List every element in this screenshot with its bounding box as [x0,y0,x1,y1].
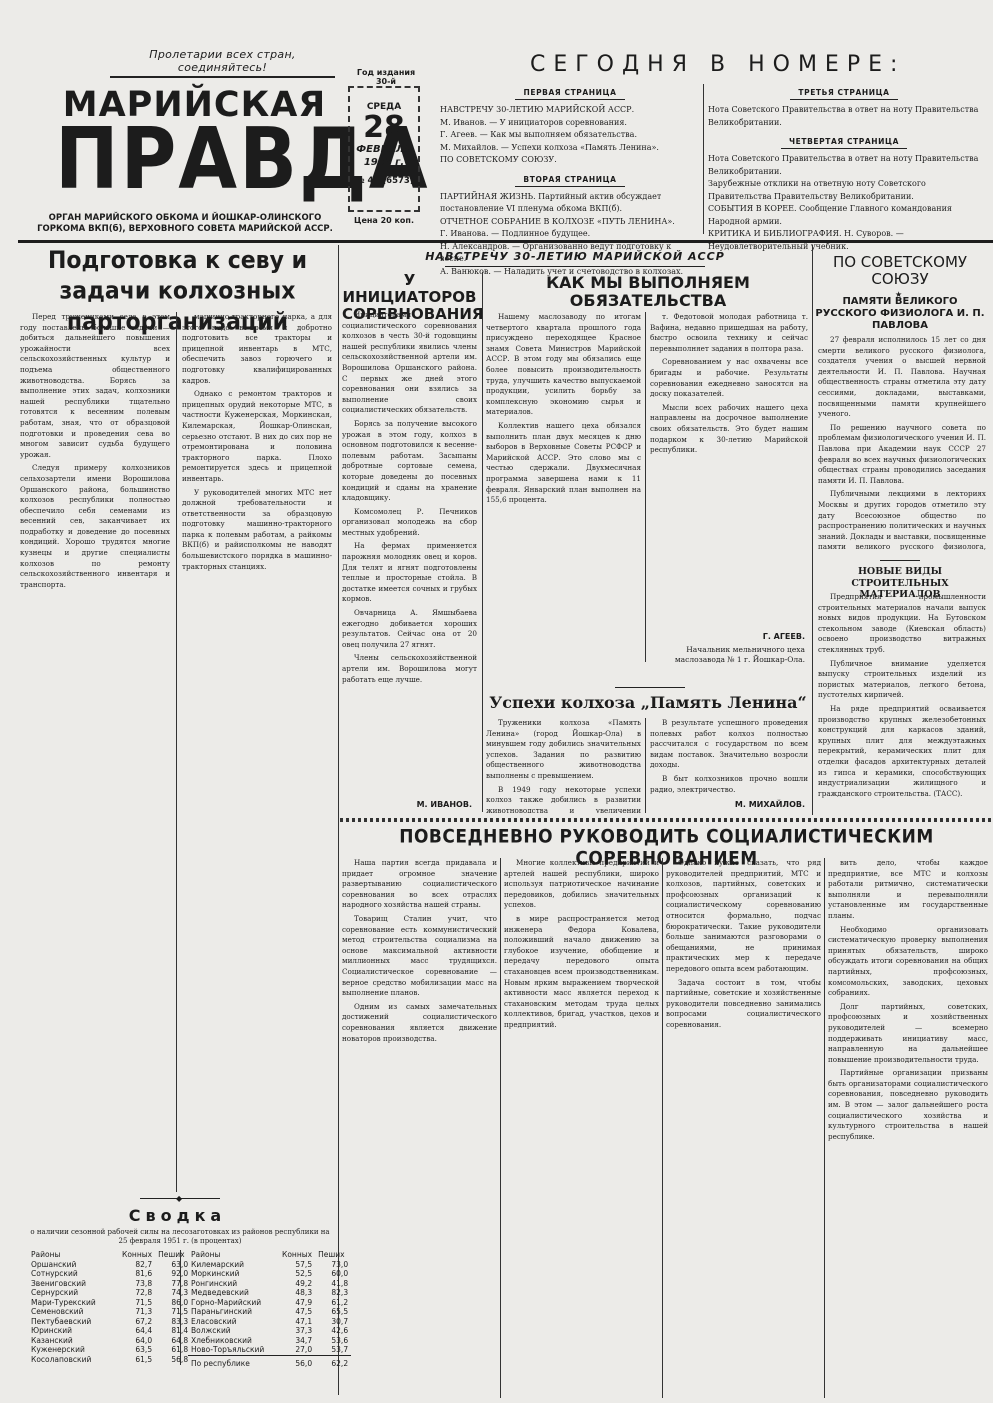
day: 28 [350,112,418,144]
table-cell: 47,1 [279,1317,315,1327]
year-of-publication: Год издания 30-й [350,68,422,86]
divider [645,718,646,813]
divider [662,858,663,1398]
table-row: Хлебниковский34,753,6 [188,1336,351,1346]
diamond-icon: ◆ [176,1194,182,1203]
masthead-title-line2: ПРАВДА [55,115,335,202]
contents-item: М. Михайлов. — Успехи колхоза «Память Ле… [440,142,700,155]
article2-text-col2: т. Федотовой молодая работница т. Вафина… [650,312,808,612]
table-row: Ново-Торъяльский27,053,7 [188,1345,351,1355]
table-cell: 57,5 [279,1260,315,1270]
table-cell: 27,0 [279,1345,315,1355]
paragraph: По решению научного совета по проблемам … [818,423,986,487]
table-cell: 52,5 [279,1269,315,1279]
paragraph: Овчарница А. Ямшыбаева ежегодно добивает… [342,608,477,650]
date-box: СРЕДА 28 ФЕВРАЛЯ 1951 г. № 41 (6573) [348,86,420,212]
table-cell: 71,3 [119,1307,155,1317]
paragraph: машинно-тракторного парка, а для этого н… [182,312,332,386]
table-cell: 63,0 [155,1260,191,1270]
paragraph: Одним из самых замечательных достижений … [342,1002,497,1044]
contents-page-label: ВТОРАЯ СТРАНИЦА [515,175,624,187]
table-cell: 74,3 [155,1288,191,1298]
table-row: Сотнурский81,692,0 [28,1269,191,1279]
table-cell: 64,0 [119,1336,155,1346]
table-cell: 53,7 [315,1345,351,1355]
materials-text: Предприятия промышленности строительных … [818,592,986,814]
paragraph: Мысли всех рабочих нашего цеха направлен… [650,403,808,456]
paragraph: Партийные организации призваны быть орга… [828,1068,988,1142]
svodka-subtitle: о наличии сезонной рабочей силы на лесоз… [30,1228,330,1246]
wavy-rule [340,818,993,822]
table-row: Куженерский63,561,8 [28,1345,191,1355]
table-cell: 71,5 [119,1298,155,1308]
table-cell: Ново-Торъяльский [188,1345,279,1355]
paragraph: Коллектив нашего цеха обязался выполнить… [486,421,641,506]
pavlov-headline: ПАМЯТИ ВЕЛИКОГО РУССКОГО ФИЗИОЛОГА И. П.… [815,296,985,332]
paragraph: На фермах применяется парожняя молодняк … [342,541,477,605]
table-cell: 47,5 [279,1307,315,1317]
table-cell: Сернурский [28,1288,119,1298]
table-cell: 67,2 [119,1317,155,1327]
table-cell: 49,2 [279,1279,315,1289]
paragraph: Задача состоит в том, чтобы партийные, с… [666,978,821,1031]
table-row: Килемарский57,573,0 [188,1260,351,1270]
table-header: Пеших [155,1250,191,1260]
paragraph: Борясь за получение высокого урожая в эт… [342,419,477,504]
divider [824,858,825,1398]
table-cell: Медведевский [188,1288,279,1298]
paragraph: Публичное внимание уделяется выпуску стр… [818,659,986,701]
table-cell: Килемарский [188,1260,279,1270]
table-cell: Параньгинский [188,1307,279,1317]
paragraph: Перед тружениками села в этом году поста… [20,312,170,460]
table-row: Звениговский73,877,8 [28,1279,191,1289]
slogan: Пролетарии всех стран, соединяйтесь! [110,48,335,78]
table-cell: 61,8 [155,1345,191,1355]
table-cell: 37,3 [279,1326,315,1336]
svodka-title: Сводка [20,1206,335,1225]
contents-item: Нота Советского Правительства в ответ на… [708,153,980,178]
table-cell: Ронгинский [188,1279,279,1289]
masthead-organ: ОРГАН МАРИЙСКОГО ОБКОМА И ЙОШКАР-ОЛИНСКО… [35,213,335,235]
contents-page-label: ЧЕТВЕРТАЯ СТРАНИЦА [781,137,907,149]
paragraph: Наша партия всегда придавала и придает о… [342,858,497,911]
paragraph: В результате успешного проведения полевы… [650,718,808,771]
divider [338,245,339,1395]
divider [703,84,704,234]
table-total-row: По республике56,062,2 [188,1355,351,1368]
separator [615,687,685,688]
table-cell: 61,2 [315,1298,351,1308]
divider [645,312,646,662]
table-cell: 62,2 [315,1355,351,1368]
table-row: Медведевский48,382,3 [188,1288,351,1298]
article1-text: Инициаторами социалистического соревнова… [342,310,477,810]
paragraph: Предприятия промышленности строительных … [818,592,986,656]
paragraph: Члены сельскохозяйственной артели им. Во… [342,653,477,685]
contents-item: Нота Советского Правительства в ответ на… [708,104,980,129]
table-cell: Мари-Турекский [28,1298,119,1308]
contents-page1: ПЕРВАЯ СТРАНИЦА НАВСТРЕЧУ 30-ЛЕТИЮ МАРИЙ… [440,80,700,278]
table-cell: Горно-Марийский [188,1298,279,1308]
divider [176,312,177,1192]
table-row: Пектубаевский67,283,3 [28,1317,191,1327]
contents-list: НАВСТРЕЧУ 30-ЛЕТИЮ МАРИЙСКОЙ АССР.М. Ива… [440,104,700,167]
table-cell: 83,3 [155,1317,191,1327]
contents-list: ПАРТИЙНАЯ ЖИЗНЬ. Партийный актив обсужда… [440,191,700,279]
contents-list: Нота Советского Правительства в ответ на… [708,104,980,129]
paragraph: Публичными лекциями в лекториях Москвы и… [818,489,986,550]
divider [482,272,483,812]
table-cell: Сотнурский [28,1269,119,1279]
article2-text-col1: Нашему маслозаводу по итогам четвертого … [486,312,641,662]
table-cell: Оршанский [28,1260,119,1270]
table-row: Волжский37,342,6 [188,1326,351,1336]
article3-text-col1: Труженики колхоза «Память Ленина» (город… [486,718,641,813]
paragraph: Однако нужно сказать, что ряд руководите… [666,858,821,975]
divider [180,1250,181,1365]
price: Цена 20 коп. [348,216,420,225]
paragraph: Необходимо организовать систематическую … [828,925,988,999]
table-header: Районы [188,1250,279,1260]
separator [880,560,920,561]
lead-text-col1: Перед тружениками села в этом году поста… [20,312,170,1192]
contents-item: НАВСТРЕЧУ 30-ЛЕТИЮ МАРИЙСКОЙ АССР. [440,104,700,117]
table-row: Сернурский72,874,3 [28,1288,191,1298]
table-cell: 41,8 [315,1279,351,1289]
table-cell: 53,6 [315,1336,351,1346]
contents-item: ПО СОВЕТСКОМУ СОЮЗУ. [440,154,700,167]
table-cell: Моркинский [188,1269,279,1279]
table-cell: 30,7 [315,1317,351,1327]
paragraph: вить дело, чтобы каждое предприятие, все… [828,858,988,922]
table-cell: 65,5 [315,1307,351,1317]
paragraph: В быт колхозников прочно вошли радио, эл… [650,774,808,795]
table-cell: 81,6 [119,1269,155,1279]
table-cell: Пектубаевский [28,1317,119,1327]
table-cell: 92,0 [155,1269,191,1279]
editorial-col4: вить дело, чтобы каждое предприятие, все… [828,858,988,1398]
contents-page-label: ТРЕТЬЯ СТРАНИЦА [790,88,897,100]
contents-item: ОТЧЕТНОЕ СОБРАНИЕ В КОЛХОЗЕ «ПУТЬ ЛЕНИНА… [440,216,700,229]
table-cell: 82,7 [119,1260,155,1270]
table-cell: 34,7 [279,1336,315,1346]
table-cell: 47,9 [279,1298,315,1308]
divider [812,245,813,815]
contents-item: ПАРТИЙНАЯ ЖИЗНЬ. Партийный актив обсужда… [440,191,700,216]
article3-text-col2: В результате успешного проведения полевы… [650,718,808,798]
table-cell: Семеновский [28,1307,119,1317]
article2-signature-note: Начальник мельничного цеха маслозавода №… [650,645,805,665]
paragraph: У руководителей многих МТС нет должной т… [182,488,332,573]
paragraph: Нашему маслозаводу по итогам четвертого … [486,312,641,418]
table-cell: 73,0 [315,1260,351,1270]
contents-list: Нота Советского Правительства в ответ на… [708,153,980,253]
table-cell: 56,8 [155,1355,191,1365]
table-cell: 64,8 [155,1336,191,1346]
pavlov-text: 27 февраля исполнилось 15 лет со дня сме… [818,335,986,550]
article3-signature: М. МИХАЙЛОВ. [650,800,805,809]
table-row: Моркинский52,560,0 [188,1269,351,1279]
paragraph: т. Федотовой молодая работница т. Вафина… [650,312,808,354]
article2-headline: КАК МЫ ВЫПОЛНЯЕМ ОБЯЗАТЕЛЬСТВА [486,274,810,310]
table-row: Семеновский71,371,5 [28,1307,191,1317]
year: 1951 г. [350,157,418,168]
paragraph: Инициаторами социалистического соревнова… [342,310,477,416]
table-cell: 56,0 [279,1355,315,1368]
table-row: Косолаповский61,556,8 [28,1355,191,1365]
editorial-col3: Однако нужно сказать, что ряд руководите… [666,858,821,1398]
article3-headline: Успехи колхоза „Память Ленина“ [486,693,810,712]
table-cell: Юринский [28,1326,119,1336]
jubilee-banner: НАВСТРЕЧУ 30-ЛЕТИЮ МАРИЙСКОЙ АССР [340,250,810,263]
table-cell: Волжский [188,1326,279,1336]
table-cell: Казанский [28,1336,119,1346]
soviet-union-title: ПО СОВЕТСКОМУ СОЮЗУ [815,254,985,288]
table-cell: Косолаповский [28,1355,119,1365]
table-header: Пеших [315,1250,351,1260]
table-row: Горно-Марийский47,961,2 [188,1298,351,1308]
table-cell: Еласовский [188,1317,279,1327]
table-cell: 42,6 [315,1326,351,1336]
editorial-col1: Наша партия всегда придавала и придает о… [342,858,497,1398]
paragraph: 27 февраля исполнилось 15 лет со дня сме… [818,335,986,420]
table-header: Районы [28,1250,119,1260]
contents-item: СОБЫТИЯ В КОРЕЕ. Сообщение Главного кома… [708,203,980,228]
table-cell: 61,5 [119,1355,155,1365]
table-row: Мари-Турекский71,586,0 [28,1298,191,1308]
table-header: Конных [119,1250,155,1260]
table-cell: 48,3 [279,1288,315,1298]
svodka-table-right: РайоныКонныхПешихКилемарский57,573,0Морк… [188,1250,351,1368]
table-header: Конных [279,1250,315,1260]
contents-page-label: ПЕРВАЯ СТРАНИЦА [515,88,624,100]
table-cell: Звениговский [28,1279,119,1289]
contents-item: Г. Иванова. — Подлинное будущее. [440,228,700,241]
table-cell: 60,0 [315,1269,351,1279]
contents-item: Г. Агеев. — Как мы выполняем обязательст… [440,129,700,142]
masthead-rule [18,240,993,243]
table-cell: 82,3 [315,1288,351,1298]
paragraph: Однако с ремонтом тракторов и прицепных … [182,389,332,484]
table-cell: 72,8 [119,1288,155,1298]
table-row: Юринский64,481,4 [28,1326,191,1336]
table-cell: 64,4 [119,1326,155,1336]
paragraph: Долг партийных, советских, профсоюзных и… [828,1002,988,1066]
table-cell: Хлебниковский [188,1336,279,1346]
table-cell: 86,0 [155,1298,191,1308]
paragraph: Многие коллективы предприятий и артелей … [504,858,659,911]
contents-item: Зарубежные отклики на ответную ноту Сове… [708,178,980,203]
table-row: Оршанский82,763,0 [28,1260,191,1270]
table-row: Ронгинский49,241,8 [188,1279,351,1289]
table-row: Казанский64,064,8 [28,1336,191,1346]
table-cell: 71,5 [155,1307,191,1317]
svodka-table-left: РайоныКонныхПешихОршанский82,763,0Сотнур… [28,1250,191,1364]
paragraph: Труженики колхоза «Память Ленина» (город… [486,718,641,782]
table-cell: 73,8 [119,1279,155,1289]
table-cell: 77,8 [155,1279,191,1289]
divider [500,858,501,1398]
paragraph: Комсомолец Р. Печников организовал молод… [342,507,477,539]
paragraph: В 1949 году некоторые успехи колхоз такж… [486,785,641,813]
paragraph: Следуя примеру колхозников сельхозартели… [20,463,170,590]
issue-number: № 41 (6573) [350,176,418,186]
paragraph: Товарищ Сталин учит, что соревнование ес… [342,914,497,999]
contents-title: СЕГОДНЯ В НОМЕРЕ: [530,52,930,77]
contents-page3: ТРЕТЬЯ СТРАНИЦА Нота Советского Правител… [708,80,980,253]
table-cell: 81,4 [155,1326,191,1336]
table-row: Параньгинский47,565,5 [188,1307,351,1317]
article2-signature: Г. АГЕЕВ. [650,632,805,641]
banner-underline [445,266,705,267]
table-cell: Куженерский [28,1345,119,1355]
newspaper-page: Пролетарии всех стран, соединяйтесь! МАР… [0,0,993,1403]
table-cell: 63,5 [119,1345,155,1355]
month: ФЕВРАЛЯ [350,144,418,155]
lead-text-col2: машинно-тракторного парка, а для этого н… [182,312,332,1192]
paragraph: На ряде предприятий осваивается производ… [818,704,986,799]
paragraph: в мире распространяется метод инженера Ф… [504,914,659,1031]
paragraph: Соревнованием у нас охвачены все бригады… [650,357,808,399]
contents-item: М. Иванов. — У инициаторов соревнования. [440,117,700,130]
table-cell: По республике [188,1355,279,1368]
article1-signature: М. ИВАНОВ. [342,800,472,809]
editorial-col2: Многие коллективы предприятий и артелей … [504,858,659,1398]
table-row: Еласовский47,130,7 [188,1317,351,1327]
